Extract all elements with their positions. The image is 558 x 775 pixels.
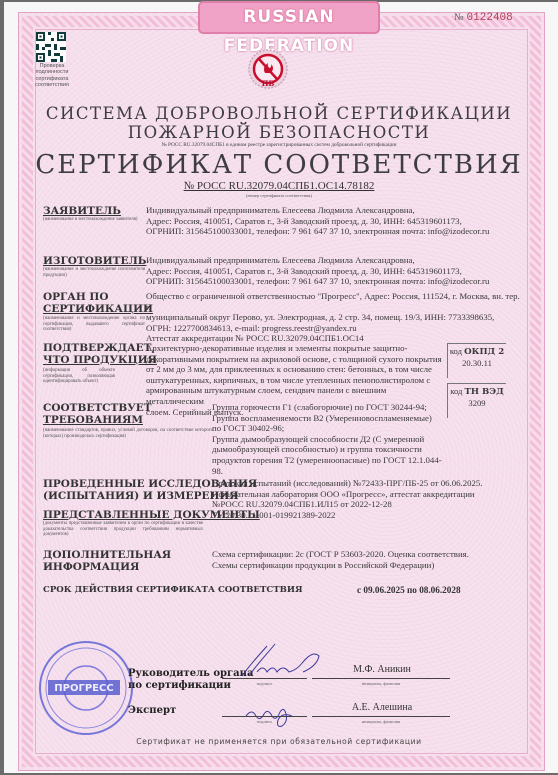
applicant-caption: (наименование и местонахождение заявител… xyxy=(43,217,145,223)
qr-caption: Проверка подлинности сертификата соответ… xyxy=(24,63,80,88)
svg-text:ПРОГРЕСС: ПРОГРЕСС xyxy=(54,683,113,694)
certificate-number: № РОСС RU.32079.04СПБ1.ОС14.78182 xyxy=(0,180,558,192)
requirements-caption: (наименование стандартов, правил, услови… xyxy=(43,428,213,439)
manufacturer-label: ИЗГОТОВИТЕЛЬ xyxy=(43,255,146,267)
requirements-list: Группа горючести Г1 (слабогорючие) по ГО… xyxy=(212,402,442,476)
tnved-code-value: 3209 xyxy=(448,398,506,409)
serial-value: 0122408 xyxy=(467,12,513,24)
okpd-code-box: код ОКПД 2 20.30.11 xyxy=(447,343,506,378)
expert-signature-icon xyxy=(242,700,312,730)
head-name: М.Ф. Аникин xyxy=(312,664,452,675)
manufacturer-details: Индивидуальный предприниматель Елесеева … xyxy=(146,255,526,287)
head-signatory-label: Руководитель органа по сертификации xyxy=(128,668,253,692)
expert-signature-line xyxy=(222,716,307,717)
applicant-label: ЗАЯВИТЕЛЬ xyxy=(43,205,121,217)
validity-label: СРОК ДЕЙСТВИЯ СЕРТИФИКАТА СООТВЕТСТВИЯ xyxy=(43,585,303,595)
additional-info-label: ДОПОЛНИТЕЛЬНАЯ ИНФОРМАЦИЯ xyxy=(43,549,171,573)
footer-note: Сертификат не применяется при обязательн… xyxy=(0,737,558,746)
validity-period: с 09.06.2025 по 08.06.2028 xyxy=(357,585,461,595)
certificate-number-caption: (номер сертификата соответствия) xyxy=(0,193,558,198)
head-name-line xyxy=(312,678,450,679)
country-banner: RUSSIAN FEDERATION xyxy=(198,1,380,34)
cert-body-details: Общество с ограниченной ответственностью… xyxy=(146,291,526,344)
expert-name-line xyxy=(312,716,450,717)
qr-code-icon[interactable] xyxy=(36,32,66,62)
cert-body-caption: (наименование и местонахождение органа п… xyxy=(43,316,145,333)
manufacturer-caption: (наименование и местонахождение изготови… xyxy=(43,267,145,278)
svg-text:ПБ: ПБ xyxy=(262,79,275,88)
registry-note: № РОСС RU.32079.04СПБ1 в едином реестре … xyxy=(0,142,558,148)
expert-name: А.Е. Алешина xyxy=(312,702,452,713)
system-title-line2: ПОЖАРНОЙ БЕЗОПАСНОСТИ xyxy=(0,123,558,142)
requirements-label: СООТВЕТСТВУЕТ ТРЕБОВАНИЯМ xyxy=(43,402,152,426)
expert-label: Эксперт xyxy=(128,705,176,717)
documents-caption: (документы представленные заявителем в о… xyxy=(43,521,203,538)
system-title-line1: СИСТЕМА ДОБРОВОЛЬНОЙ СЕРТИФИКАЦИИ xyxy=(0,104,558,123)
applicant-details: Индивидуальный предприниматель Елесеева … xyxy=(146,205,526,237)
organization-stamp-icon: ПРОГРЕСС xyxy=(38,640,134,736)
tests-details: Протокол испытаний (исследований) №72433… xyxy=(212,478,512,510)
certificate-title: СЕРТИФИКАТ СООТВЕТСТВИЯ xyxy=(0,150,558,180)
serial-prefix: № xyxy=(454,12,464,23)
additional-info-details: Схема сертификации: 2с (ГОСТ Р 53603-202… xyxy=(212,549,512,570)
head-signature-icon xyxy=(237,642,327,682)
cert-body-label: ОРГАН ПО СЕРТИФИКАЦИИ xyxy=(43,291,153,315)
documents-value: ТУ 20.30.11-001-019921389-2022 xyxy=(212,510,512,521)
tnved-code-box: код ТН ВЭД 3209 xyxy=(447,383,506,418)
serial-number: №0122408 xyxy=(454,12,513,24)
head-signature-line xyxy=(222,678,307,679)
okpd-code-value: 20.30.11 xyxy=(448,358,506,369)
product-caption: (информация об объекте сертификации, поз… xyxy=(43,368,115,385)
product-label: ПОДТВЕРЖДАЕТ, ЧТО ПРОДУКЦИЯ xyxy=(43,342,157,366)
fire-safety-emblem-icon: ПБ xyxy=(248,48,288,94)
